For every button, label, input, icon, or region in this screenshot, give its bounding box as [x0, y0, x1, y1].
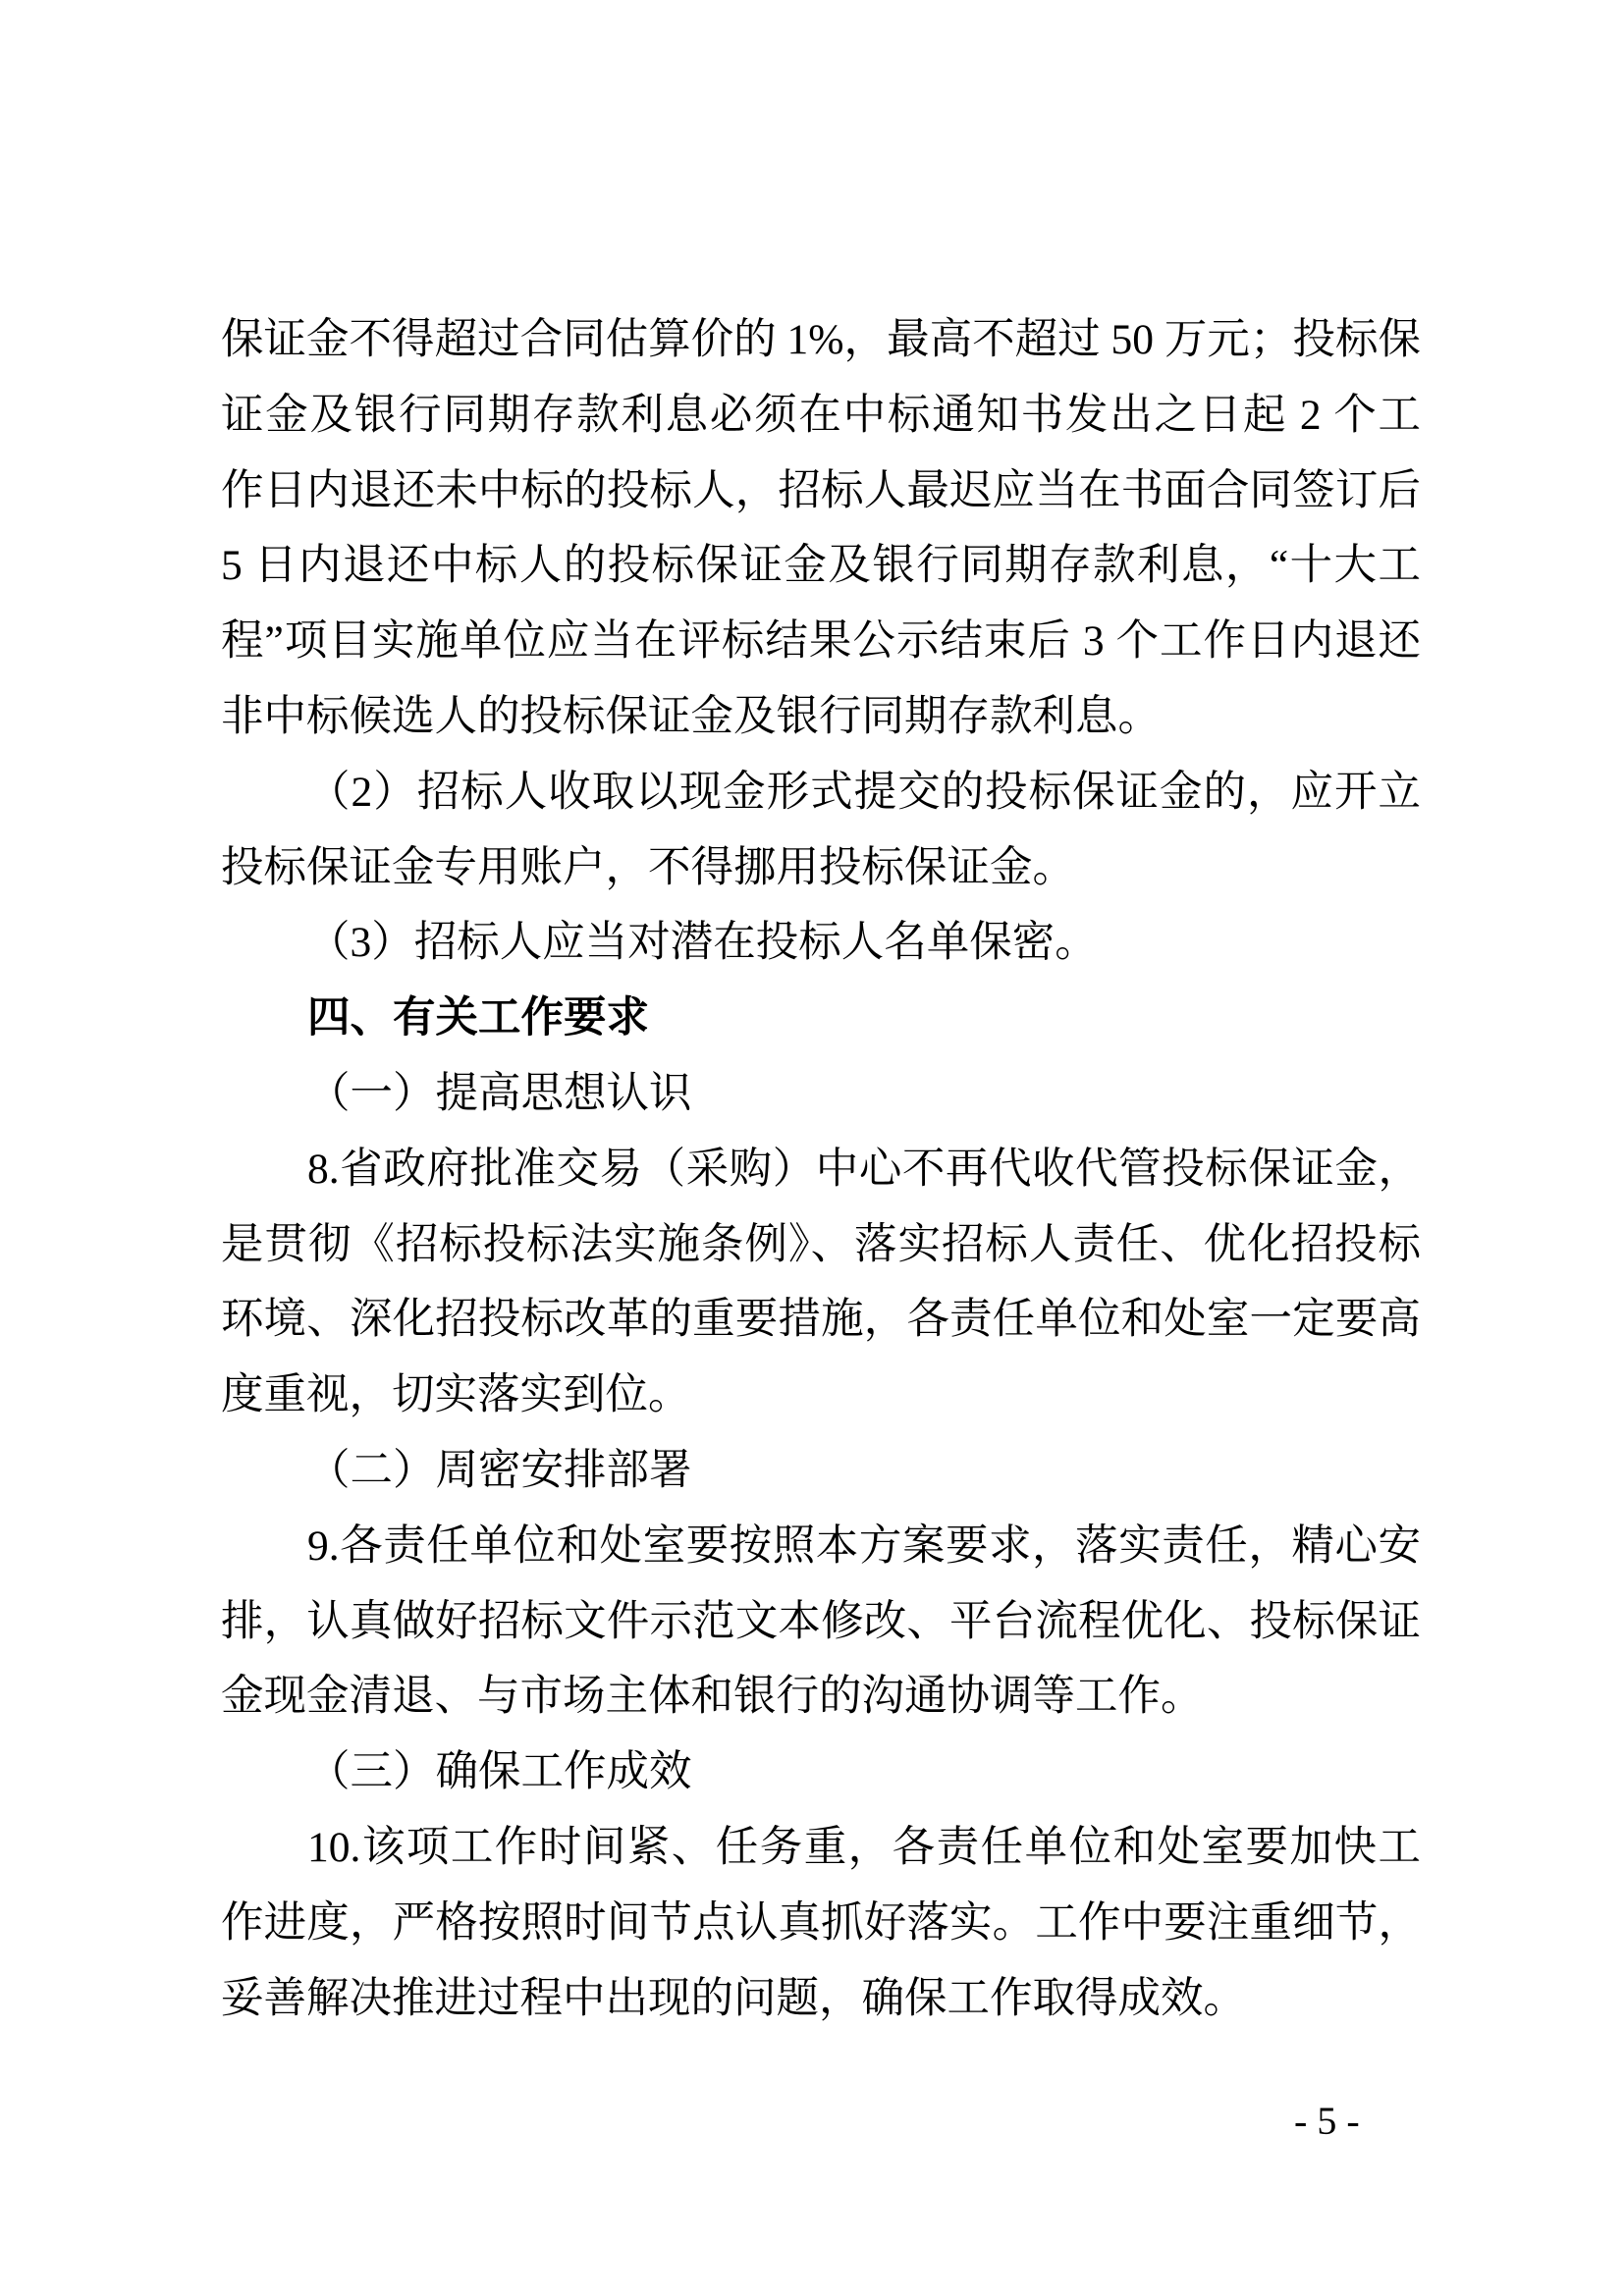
text-line: 5 日内退还中标人的投标保证金及银行同期存款利息，“十大工 [221, 528, 1421, 604]
text-line: 9.各责任单位和处室要按照本方案要求，落实责任，精心安 [221, 1509, 1421, 1584]
text-line: （3）招标人应当对潜在投标人名单保密。 [221, 905, 1421, 981]
text-line: 度重视，切实落实到位。 [221, 1358, 1421, 1433]
text-line: （三）确保工作成效 [221, 1735, 1421, 1810]
text-line: 环境、深化招投标改革的重要措施，各责任单位和处室一定要高 [221, 1282, 1421, 1358]
document-body: 保证金不得超过合同估算价的 1%，最高不超过 50 万元；投标保证金及银行同期存… [221, 302, 1421, 2036]
text-line: 非中标候选人的投标保证金及银行同期存款利息。 [221, 679, 1421, 755]
text-line: （2）招标人收取以现金形式提交的投标保证金的，应开立 [221, 755, 1421, 830]
text-line: 投标保证金专用账户，不得挪用投标保证金。 [221, 830, 1421, 906]
text-line: 保证金不得超过合同估算价的 1%，最高不超过 50 万元；投标保 [221, 302, 1421, 378]
text-line: 10.该项工作时间紧、任务重，各责任单位和处室要加快工 [221, 1810, 1421, 1886]
text-line: （一）提高思想认识 [221, 1056, 1421, 1132]
text-line: 作日内退还未中标的投标人，招标人最迟应当在书面合同签订后 [221, 454, 1421, 529]
text-line: 是贯彻《招标投标法实施条例》、落实招标人责任、优化招投标 [221, 1207, 1421, 1283]
page-number: - 5 - [1294, 2101, 1360, 2142]
document-page: 保证金不得超过合同估算价的 1%，最高不超过 50 万元；投标保证金及银行同期存… [0, 0, 1624, 2296]
text-line: 作进度，严格按照时间节点认真抓好落实。工作中要注重细节， [221, 1886, 1421, 1961]
text-line: 金现金清退、与市场主体和银行的沟通协调等工作。 [221, 1659, 1421, 1735]
text-line: 程”项目实施单位应当在评标结果公示结束后 3 个工作日内退还 [221, 604, 1421, 679]
text-line: 妥善解决推进过程中出现的问题，确保工作取得成效。 [221, 1961, 1421, 2037]
text-line: （二）周密安排部署 [221, 1433, 1421, 1509]
text-line: 四、有关工作要求 [221, 981, 1421, 1056]
text-line: 证金及银行同期存款利息必须在中标通知书发出之日起 2 个工 [221, 378, 1421, 454]
text-line: 排，认真做好招标文件示范文本修改、平台流程优化、投标保证 [221, 1584, 1421, 1660]
text-line: 8.省政府批准交易（采购）中心不再代收代管投标保证金， [221, 1132, 1421, 1207]
